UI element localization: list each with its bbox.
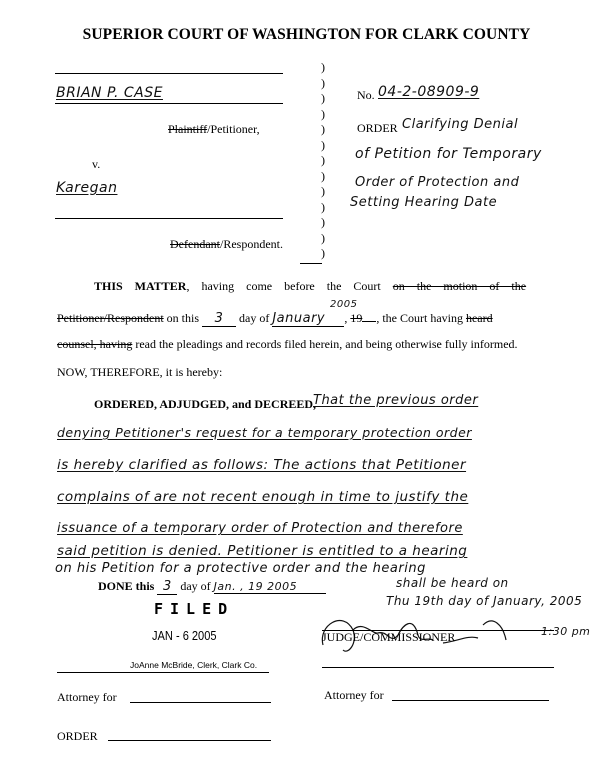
case-number-label: No. xyxy=(357,88,375,103)
recital-line-2: Petitioner/Respondent on this 3 day of J… xyxy=(57,311,493,327)
recital-month: January xyxy=(272,311,344,327)
order-title-line-1: Clarifying Denial xyxy=(402,117,518,132)
caption-bottom-rule xyxy=(300,263,322,264)
filed-stamp-date: JAN - 6 2005 xyxy=(152,628,216,643)
done-month-year: Jan. , 19 2005 xyxy=(214,580,326,594)
filed-stamp-clerk: JoAnne McBride, Clerk, Clark Co. xyxy=(130,660,257,670)
respondent-label: Defendant/Respondent. xyxy=(170,237,283,252)
continuation-line-1: shall be heard on xyxy=(396,576,509,590)
case-number: 04-2-08909-9 xyxy=(378,84,479,100)
recital-year-handwritten: 2005 xyxy=(330,299,357,310)
versus: v. xyxy=(92,157,100,172)
decree-line-5: issuance of a temporary order of Protect… xyxy=(57,521,463,536)
recital-day: 3 xyxy=(202,311,236,327)
recital-text-1: having come before the Court xyxy=(201,279,380,293)
recital-text-3: day of xyxy=(239,311,269,325)
attorney-for-right-line[interactable] xyxy=(392,700,549,701)
defendant-struck: Defendant xyxy=(170,237,220,251)
recital-line-3: counsel, having read the pleadings and r… xyxy=(57,337,518,352)
recital-text-5: read the pleadings and records filed her… xyxy=(135,337,517,351)
decree-lead: ORDERED, ADJUDGED, and DECREED, xyxy=(94,397,316,412)
done-day: 3 xyxy=(157,579,177,595)
caption-parentheses: ))))))))))))) xyxy=(321,60,325,262)
recital-struck-1: on the motion of the xyxy=(393,279,526,293)
petitioner-label: Plaintiff/Petitioner, xyxy=(168,122,260,137)
recital-struck-3: heard xyxy=(466,311,493,325)
attorney-for-right-label: Attorney for xyxy=(324,688,384,703)
recital-struck-4: counsel, having xyxy=(57,337,132,351)
plaintiff-struck: Plaintiff xyxy=(168,122,207,136)
decree-line-7: on his Petition for a protective order a… xyxy=(55,561,426,576)
decree-line-1: That the previous order xyxy=(313,393,478,408)
decree-line-3: is hereby clarified as follows: The acti… xyxy=(57,457,466,473)
this-matter: THIS MATTER xyxy=(94,279,186,293)
judge-title: JUDGE/COMMISSIONER xyxy=(322,630,455,645)
done-day-of: day of xyxy=(180,579,210,593)
attorney-for-left-line[interactable] xyxy=(130,702,271,703)
order-title-line-4: Setting Hearing Date xyxy=(350,195,497,210)
filed-stamp: FILED xyxy=(154,600,234,618)
order-title-line-3: Order of Protection and xyxy=(355,175,519,190)
decree-line-4: complains of are not recent enough in ti… xyxy=(57,489,468,505)
recital-struck-2: Petitioner/Respondent xyxy=(57,311,164,325)
decree-line-2: denying Petitioner's request for a tempo… xyxy=(57,425,472,440)
order-label: ORDER xyxy=(357,121,398,136)
petitioner-name-line xyxy=(55,103,283,104)
done-line: DONE this 3 day of Jan. , 19 2005 xyxy=(98,579,326,595)
recital-text-4: , the Court having xyxy=(376,311,463,325)
respondent-name-line xyxy=(55,218,283,219)
order-title-line-2: of Petition for Temporary xyxy=(355,146,542,162)
recital-year-struck: 19 xyxy=(350,311,362,325)
second-signature-line xyxy=(322,667,554,668)
now-therefore: NOW, THEREFORE, it is hereby: xyxy=(57,365,222,380)
hearing-time: 1:30 pm xyxy=(541,625,590,638)
recital-line-1: THIS MATTER, having come before the Cour… xyxy=(94,279,526,294)
clerk-line xyxy=(57,672,269,673)
order-footer-line[interactable] xyxy=(108,740,271,741)
petitioner-label-text: /Petitioner, xyxy=(207,122,260,136)
decree-line-6: said petition is denied. Petitioner is e… xyxy=(57,543,467,559)
caption-line-top xyxy=(55,73,283,74)
recital-text-2: on this xyxy=(167,311,199,325)
respondent-name: Karegan xyxy=(56,180,117,196)
order-footer-label: ORDER xyxy=(57,729,98,744)
done-label: DONE this xyxy=(98,579,154,593)
court-title: SUPERIOR COURT OF WASHINGTON FOR CLARK C… xyxy=(0,26,613,44)
attorney-for-left-label: Attorney for xyxy=(57,690,117,705)
respondent-label-text: /Respondent. xyxy=(220,237,283,251)
petitioner-name: BRIAN P. CASE xyxy=(56,85,163,101)
